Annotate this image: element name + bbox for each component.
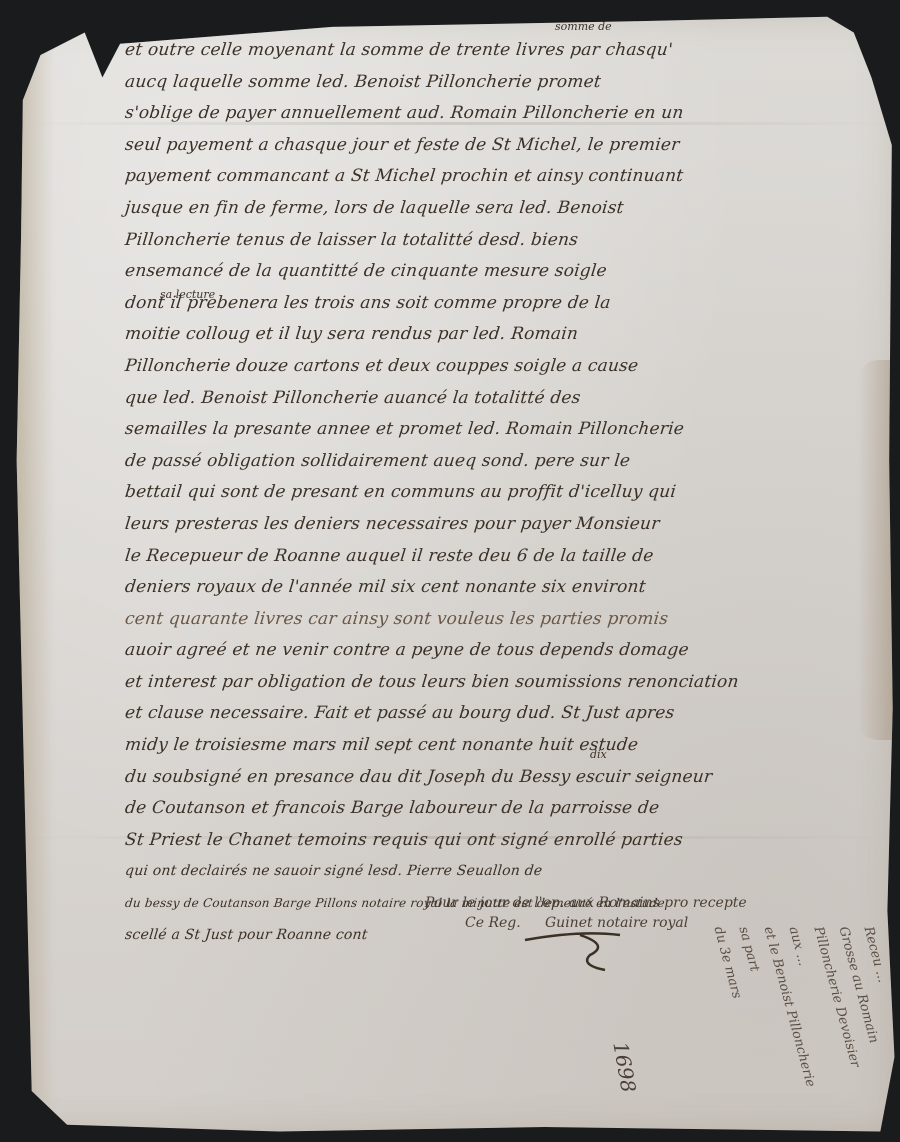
marginal-line: aux ... (786, 925, 811, 968)
interlinear-addition: dix (590, 748, 607, 761)
text-line: bettail qui sont de presant en communs a… (123, 477, 886, 509)
marginal-line: et le Benoist Pilloncherie (761, 925, 818, 1089)
text-line: s'oblige de payer annuellement aud. Roma… (123, 98, 886, 130)
text-line: semailles la presante annee et promet le… (123, 414, 886, 446)
manuscript-body: et outre celle moyenant la somme de tren… (125, 35, 885, 951)
text-line: leurs presteras les deniers necessaires … (123, 509, 886, 541)
text-line: ensemancé de la quantitté de cinquante m… (123, 256, 886, 288)
edge-stain-left (14, 30, 54, 1110)
interlinear-addition: sa lecture (160, 288, 215, 301)
text-line: du soubsigné en presance dau dit Joseph … (123, 762, 886, 794)
text-line: Pilloncherie tenus de laisser la totalit… (123, 225, 886, 257)
text-line: payement commancant a St Michel prochin … (123, 161, 886, 193)
marginal-line: sa part (736, 925, 762, 973)
text-line: de Coutanson et francois Barge laboureur… (123, 793, 886, 825)
closing-line: Pour le jour de l'ep. aux Romains pro re… (425, 893, 747, 913)
text-line: le Recepueur de Roanne auquel il reste d… (123, 541, 886, 573)
marginal-note: Receu ... Grosse au Romain Pilloncherie … (640, 925, 880, 1105)
text-line: et outre celle moyenant la somme de tren… (123, 35, 886, 67)
text-line: deniers royaux de l'année mil six cent n… (123, 572, 886, 604)
text-line: et interest par obligation de tous leurs… (123, 667, 886, 699)
signature-flourish-icon (520, 920, 640, 980)
text-line: dont il prebenera les trois ans soit com… (123, 288, 886, 320)
text-line: de passé obligation sollidairement aueq … (123, 446, 886, 478)
text-line: moitie colloug et il luy sera rendus par… (123, 319, 886, 351)
interlinear-addition: somme de (555, 20, 612, 33)
text-line: aucq laquelle somme led. Benoist Pillonc… (123, 67, 886, 99)
text-line: Pilloncherie douze cartons et deux coupp… (123, 351, 886, 383)
text-line: jusque en fin de ferme, lors de laquelle… (123, 193, 886, 225)
text-line: qui ont declairés ne sauoir signé lesd. … (123, 856, 886, 888)
text-line: que led. Benoist Pilloncherie auancé la … (123, 383, 886, 415)
text-line: St Priest le Chanet temoins requis qui o… (123, 825, 886, 857)
text-line: midy le troisiesme mars mil sept cent no… (123, 730, 886, 762)
text-line: seul payement a chasque jour et feste de… (123, 130, 886, 162)
text-line: auoir agreé et ne venir contre a peyne d… (123, 635, 886, 667)
text-line: et clause necessaire. Fait et passé au b… (123, 698, 886, 730)
text-line: cent quarante livres car ainsy sont voul… (123, 604, 886, 636)
